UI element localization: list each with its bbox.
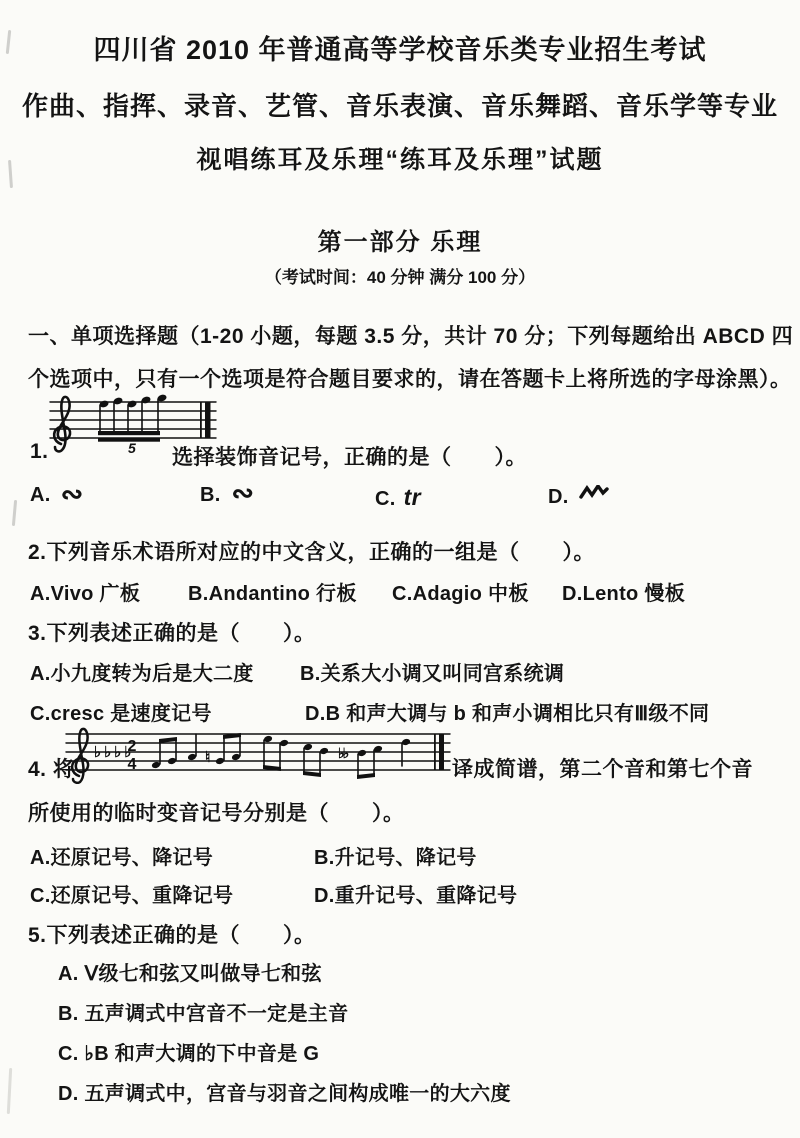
q2-option-a: A.Vivo 广板 [30, 577, 140, 606]
natural-accidental: ♮ [205, 749, 210, 766]
q5-text: 5.下列表述正确的是（ ）。 [28, 919, 316, 949]
q2-option-c-label: C. [392, 583, 413, 605]
q1-number: 1. [30, 440, 49, 464]
q1-option-a-label: A. [30, 484, 51, 506]
q4-option-b-text: 升记号、降记号 [335, 847, 477, 869]
q5-option-c: C. ♭B 和声大调的下中音是 G [58, 1037, 319, 1066]
q2-text: 2.下列音乐术语所对应的中文含义，正确的一组是（ ）。 [28, 536, 595, 566]
q1-option-d: D. [548, 484, 609, 509]
section-title: 第一部分 乐理 [0, 222, 800, 257]
q4-option-a-text: 还原记号、降记号 [51, 847, 213, 869]
time-signature-bottom: 4 [128, 756, 137, 773]
q5-option-d-text: 五声调式中，宫音与羽音之间构成唯一的大六度 [84, 1083, 510, 1105]
q3-option-b-text: 关系大小调又叫同宫系统调 [321, 663, 565, 685]
q2-option-d-text: Lento 慢板 [583, 583, 685, 605]
instructions-line-2: 个选项中，只有一个选项是符合题目要求的，请在答题卡上将所选的字母涂黑）。 [28, 363, 792, 393]
q1-text: 选择装饰音记号，正确的是（ ）。 [172, 441, 527, 471]
q4-option-b: B.升记号、降记号 [314, 841, 477, 870]
q4-prefix: 4. 将 [28, 753, 74, 783]
inverted-turn-icon: ∾ [231, 484, 254, 504]
section-subtitle: （考试时间：40 分钟 满分 100 分） [0, 263, 800, 288]
mordent-icon [579, 484, 609, 507]
q5-option-b-text: 五声调式中宫音不一定是主音 [84, 1003, 348, 1025]
q3-option-c: C.cresc 是速度记号 [30, 697, 212, 726]
q4-staff-notation: ♭♭♭♭ 2 4 ♮ [62, 724, 454, 784]
treble-clef-icon [72, 729, 88, 783]
q3-option-a: A.小九度转为后是大二度 [30, 657, 254, 686]
q2-option-a-text: Vivo 广板 [51, 583, 141, 605]
time-signature-top: 2 [128, 738, 137, 755]
q3-option-a-label: A. [30, 663, 51, 685]
q3-option-c-text: cresc 是速度记号 [51, 703, 212, 725]
q4-option-a-label: A. [30, 847, 51, 869]
treble-clef-icon [54, 397, 70, 452]
q2-option-c: C.Adagio 中板 [392, 577, 529, 606]
q4-option-d-label: D. [314, 885, 335, 907]
q3-option-c-label: C. [30, 703, 51, 725]
double-flat-accidental: ♭♭ [338, 745, 349, 761]
scanned-exam-page: 四川省 2010 年普通高等学校音乐类专业招生考试 作曲、指挥、录音、艺管、音乐… [0, 0, 800, 1138]
q3-option-d: D.B 和声大调与 b 和声小调相比只有Ⅲ级不同 [305, 697, 709, 726]
q3-option-b-label: B. [300, 663, 321, 685]
melody-notes: ♮ ♭♭ [151, 733, 411, 779]
trill-icon: tr [404, 484, 421, 510]
q2-option-b-text: Andantino 行板 [209, 583, 357, 605]
scan-artifact [7, 1068, 12, 1114]
q5-option-c-text: ♭B 和声大调的下中音是 G [84, 1043, 319, 1065]
q5-option-a: A. Ⅴ级七和弦又叫做导七和弦 [58, 957, 322, 986]
q1-option-c: C.tr [375, 484, 421, 511]
quintuplet-notes [98, 394, 167, 442]
exam-title-line-1: 四川省 2010 年普通高等学校音乐类专业招生考试 [0, 28, 800, 67]
q5-option-c-label: C. [58, 1043, 79, 1065]
q4-option-d-text: 重升记号、重降记号 [335, 885, 518, 907]
q4-option-d: D.重升记号、重降记号 [314, 879, 517, 908]
q1-option-b: B.∾ [200, 484, 254, 507]
q5-option-b-label: B. [58, 1003, 79, 1025]
exam-title-line-3: 视唱练耳及乐理“练耳及乐理”试题 [0, 140, 800, 176]
turn-icon: ∾ [61, 484, 84, 504]
q2-option-d: D.Lento 慢板 [562, 577, 685, 606]
q3-option-b: B.关系大小调又叫同宫系统调 [300, 657, 564, 686]
q4-text-line-2: 所使用的临时变音记号分别是（ ）。 [28, 797, 405, 827]
final-barline [434, 734, 444, 770]
q1-option-d-label: D. [548, 486, 569, 508]
q4-option-a: A.还原记号、降记号 [30, 841, 213, 870]
q3-text: 3.下列表述正确的是（ ）。 [28, 617, 316, 647]
q2-option-b-label: B. [188, 583, 209, 605]
q5-option-d: D. 五声调式中，宫音与羽音之间构成唯一的大六度 [58, 1077, 511, 1106]
q1-option-c-label: C. [375, 488, 396, 510]
q4-option-c-text: 还原记号、重降记号 [51, 885, 234, 907]
q2-option-d-label: D. [562, 583, 583, 605]
q5-option-a-label: A. [58, 963, 79, 985]
q4-option-b-label: B. [314, 847, 335, 869]
q5-option-a-text: Ⅴ级七和弦又叫做导七和弦 [84, 963, 321, 985]
q2-option-b: B.Andantino 行板 [188, 577, 357, 606]
q3-option-d-label: D. [305, 703, 326, 725]
q2-option-c-text: Adagio 中板 [413, 583, 529, 605]
tuplet-number: 5 [128, 440, 136, 456]
q5-option-b: B. 五声调式中宫音不一定是主音 [58, 997, 348, 1026]
q1-option-b-label: B. [200, 484, 221, 506]
q4-option-c-label: C. [30, 885, 51, 907]
q3-option-d-text: B 和声大调与 b 和声小调相比只有Ⅲ级不同 [326, 703, 710, 725]
final-barline [200, 402, 211, 438]
instructions-line-1: 一、单项选择题（1-20 小题，每题 3.5 分，共计 70 分；下列每题给出 … [28, 320, 793, 350]
exam-title-line-2: 作曲、指挥、录音、艺管、音乐表演、音乐舞蹈、音乐学等专业 [0, 86, 800, 123]
scan-artifact [12, 500, 17, 526]
q1-option-a: A.∾ [30, 484, 84, 507]
q4-suffix: 译成简谱，第二个音和第七个音 [452, 753, 753, 783]
q5-option-d-label: D. [58, 1083, 79, 1105]
q4-option-c: C.还原记号、重降记号 [30, 879, 233, 908]
q2-option-a-label: A. [30, 583, 51, 605]
q3-option-a-text: 小九度转为后是大二度 [51, 663, 254, 685]
